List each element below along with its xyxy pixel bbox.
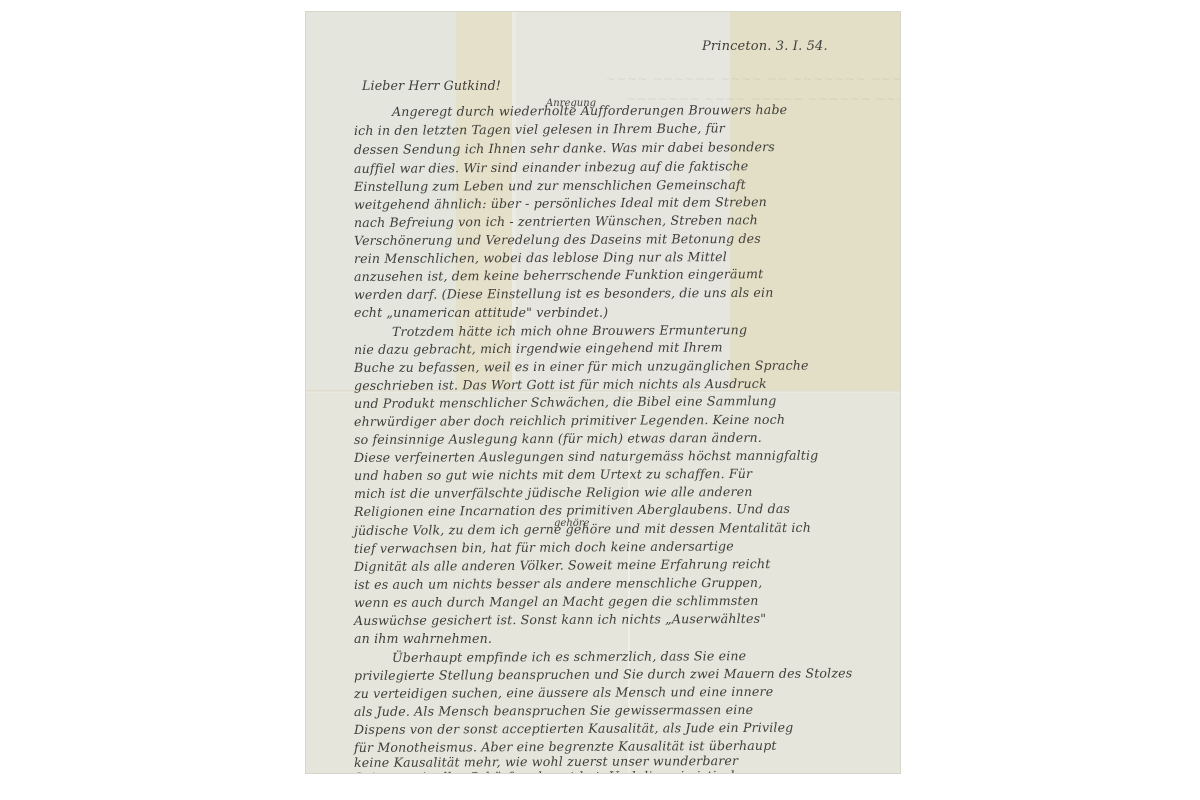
letter-line: und Produkt menschlicher Schwächen, die …	[354, 395, 777, 411]
bleed-through-text: ~~~~ ~~~~~~ ~~~~ ~~ ~~~~~~~ ~~~~~~~	[606, 72, 900, 86]
letter-line: ist es auch um nichts besser als andere …	[354, 577, 762, 592]
letter-line: auffiel war dies. Wir sind einander inbe…	[354, 160, 748, 175]
letter-line: Spinoza mit aller Schärfe erkannt hat. U…	[354, 770, 746, 773]
letter-line: Trotzdem hätte ich mich ohne Brouwers Er…	[392, 324, 747, 338]
letter-line: Verschönerung und Veredelung des Daseins…	[354, 233, 761, 248]
letter-line: rein Menschlichen, wobei das leblose Din…	[354, 251, 727, 266]
letter-line: mich ist die unverfälschte jüdische Reli…	[354, 486, 753, 501]
letter-line: an ihm wahrnehmen.	[354, 633, 492, 646]
letter-line: weitgehend ähnlich: über - persönliches …	[354, 196, 767, 211]
letter-line: Einstellung zum Leben und zur menschlich…	[354, 179, 746, 194]
letter-line: dessen Sendung ich Ihnen sehr danke. Was…	[354, 141, 775, 157]
letter-line: wenn es auch durch Mangel an Macht gegen…	[354, 595, 759, 610]
letter-line: Religionen eine Incarnation des primitiv…	[354, 503, 790, 519]
letter-line: Angeregt durch wiederholte Aufforderunge…	[392, 104, 787, 119]
image-canvas: ~~~~ ~~~~~~ ~~~~ ~~ ~~~~~~~ ~~~~~~~ ~~~~…	[0, 0, 1200, 800]
letter-line: Auswüchse gesichert ist. Sonst kann ich …	[354, 613, 766, 628]
letter-sheet: ~~~~ ~~~~~~ ~~~~ ~~ ~~~~~~~ ~~~~~~~ ~~~~…	[306, 12, 900, 773]
letter-line: privilegierte Stellung beanspruchen und …	[354, 667, 852, 682]
letter-line: nach Befreiung von ich - zentrierten Wün…	[354, 214, 758, 229]
letter-line: echt „unamerican attitude" verbindet.)	[354, 307, 608, 320]
letter-salutation: Lieber Herr Gutkind!	[362, 80, 501, 93]
letter-line: nie dazu gebracht, mich irgendwie eingeh…	[354, 341, 723, 356]
letter-line: zu verteidigen suchen, eine äussere als …	[354, 686, 773, 701]
letter-line: so feinsinnige Auslegung kann (für mich)…	[354, 432, 762, 447]
letter-line: Dispens von der sonst acceptierten Kausa…	[354, 722, 793, 737]
letter-line: anzusehen ist, dem keine beherrschende F…	[354, 268, 763, 283]
letter-line: Dignität als alle anderen Völker. Soweit…	[354, 558, 771, 574]
letter-line: als Jude. Als Mensch beanspruchen Sie ge…	[354, 704, 753, 719]
letter-line: geschrieben ist. Das Wort Gott ist für m…	[354, 378, 767, 393]
letter-date: Princeton. 3. I. 54.	[702, 40, 828, 53]
letter-line: ehrwürdiger aber doch reichlich primitiv…	[354, 414, 785, 429]
letter-line: ich in den letzten Tagen viel gelesen in…	[354, 122, 725, 137]
letter-line: und haben so gut wie nichts mit dem Urte…	[354, 468, 752, 483]
letter-line: werden darf. (Diese Einstellung ist es b…	[354, 287, 774, 302]
letter-line: tief verwachsen bin, hat für mich doch k…	[354, 540, 734, 555]
letter-line: Diese verfeinerten Auslegungen sind natu…	[354, 450, 818, 465]
letter-line: jüdische Volk, zu dem ich gerne gehöre u…	[354, 522, 811, 538]
letter-line: Überhaupt empfinde ich es schmerzlich, d…	[392, 650, 746, 664]
letter-line: Buche zu befassen, weil es in einer für …	[354, 360, 809, 375]
